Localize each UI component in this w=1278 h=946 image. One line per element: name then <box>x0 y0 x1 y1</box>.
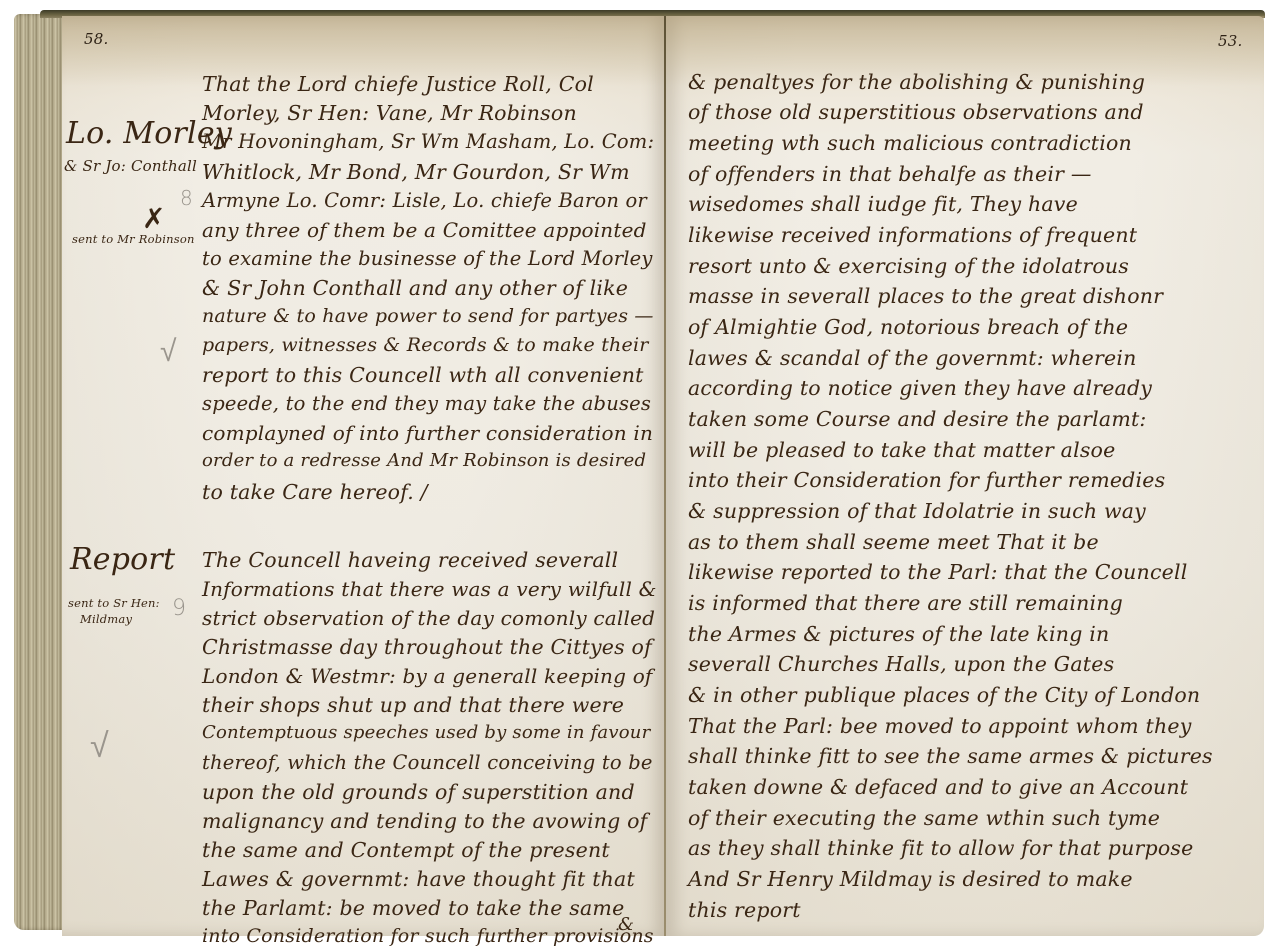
text-line: London & Westmr: by a generall keeping o… <box>202 666 653 686</box>
margin-note-mildmay-2: Mildmay <box>80 612 132 626</box>
text-line: Informations that there was a very wilfu… <box>202 579 657 599</box>
text-line: severall Churches Halls, upon the Gates <box>688 654 1114 675</box>
text-line: & penaltyes for the abolishing & punishi… <box>688 72 1145 93</box>
text-line: of offenders in that behalfe as their — <box>688 164 1092 185</box>
margin-sub-conthall: & Sr Jo: Conthall <box>64 157 197 175</box>
text-line: meeting wth such malicious contradiction <box>688 133 1132 154</box>
text-line: to examine the businesse of the Lord Mor… <box>202 249 653 269</box>
text-line: likewise reported to the Parl: that the … <box>688 562 1187 583</box>
text-line: & suppression of that Idolatrie in such … <box>688 501 1146 522</box>
text-line: the Armes & pictures of the late king in <box>688 624 1109 645</box>
text-line: of those old superstitious observations … <box>688 102 1144 123</box>
text-line: nature & to have power to send for party… <box>202 307 654 326</box>
margin-note-mildmay-1: sent to Sr Hen: <box>68 596 160 610</box>
text-line: will be pleased to take that matter also… <box>688 440 1115 461</box>
text-line: to take Care hereof. / <box>202 482 428 503</box>
text-line: Armyne Lo. Comr: Lisle, Lo. chiefe Baron… <box>202 191 647 211</box>
open-manuscript-volume: 58. Lo. Morley & Sr Jo: Conthall 8 ✗ sen… <box>0 0 1278 946</box>
margin-heading-report: Report <box>70 542 175 577</box>
page-number: 53. <box>1218 32 1242 50</box>
right-page: 53. & penaltyes for the abolishing & pun… <box>666 16 1264 936</box>
text-line: into Consideration for such further prov… <box>202 927 654 946</box>
page-edge-stack <box>14 14 68 930</box>
text-line: is informed that there are still remaini… <box>688 593 1123 614</box>
margin-note-robinson: sent to Mr Robinson <box>72 232 195 246</box>
text-line: complayned of into further consideration… <box>202 423 653 443</box>
text-line: as they shall thinke fit to allow for th… <box>688 838 1193 859</box>
text-line: the same and Contempt of the present <box>202 840 610 861</box>
text-line: malignancy and tending to the avowing of <box>202 811 647 832</box>
text-line: wisedomes shall iudge fit, They have <box>688 194 1078 215</box>
text-line: strict observation of the day comonly ca… <box>202 608 655 628</box>
text-line: resort unto & exercising of the idolatro… <box>688 256 1129 277</box>
pencil-mark: 9 <box>172 596 186 621</box>
text-line: any three of them be a Comittee appointe… <box>202 220 647 240</box>
text-line: That the Lord chiefe Justice Roll, Col <box>202 74 594 95</box>
text-line: of Almightie God, notorious breach of th… <box>688 317 1128 338</box>
text-line: Christmasse day throughout the Cittyes o… <box>202 637 652 658</box>
text-line: of their executing the same wthin such t… <box>688 808 1160 829</box>
text-line: shall thinke fitt to see the same armes … <box>688 746 1213 767</box>
text-line: as to them shall seeme meet That it be <box>688 532 1099 553</box>
text-line: taken downe & defaced and to give an Acc… <box>688 777 1188 798</box>
text-line: lawes & scandal of the governmt: wherein <box>688 348 1137 369</box>
text-line: thereof, which the Councell conceiving t… <box>202 753 653 773</box>
pencil-check-icon: √ <box>90 726 109 766</box>
text-line: Morley, Sr Hen: Vane, Mr Robinson <box>202 103 577 124</box>
text-line: That the Parl: bee moved to appoint whom… <box>688 716 1191 737</box>
text-line: The Councell haveing received severall <box>202 550 618 571</box>
text-line: report to this Councell wth all convenie… <box>202 365 644 386</box>
text-line: Contemptuous speeches used by some in fa… <box>202 724 650 742</box>
pencil-mark: 8 <box>180 186 193 210</box>
text-line: upon the old grounds of superstition and <box>202 782 635 803</box>
text-line: speede, to the end they may take the abu… <box>202 394 651 414</box>
text-line: this report <box>688 900 801 921</box>
text-line: taken some Course and desire the parlamt… <box>688 409 1147 430</box>
text-line: the Parlamt: be moved to take the same <box>202 898 624 919</box>
text-line: papers, witnesses & Records & to make th… <box>202 336 649 355</box>
text-line: according to notice given they have alre… <box>688 378 1152 399</box>
text-line: Mr Hovoningham, Sr Wm Masham, Lo. Com: <box>202 132 654 152</box>
text-line: And Sr Henry Mildmay is desired to make <box>688 869 1133 890</box>
text-line: their shops shut up and that there were <box>202 695 624 716</box>
text-line: & in other publique places of the City o… <box>688 685 1200 706</box>
text-line: Lawes & governmt: have thought fit that <box>202 869 635 890</box>
catchword: & <box>618 914 634 935</box>
text-line: masse in severall places to the great di… <box>688 286 1163 307</box>
pencil-check-icon: √ <box>160 334 177 369</box>
text-line: order to a redresse And Mr Robinson is d… <box>202 452 646 470</box>
text-line: Whitlock, Mr Bond, Mr Gourdon, Sr Wm <box>202 162 630 183</box>
cross-mark-icon: ✗ <box>142 202 166 235</box>
text-line: & Sr John Conthall and any other of like <box>202 278 628 299</box>
page-number: 58. <box>84 30 108 48</box>
text-line: likewise received informations of freque… <box>688 225 1137 246</box>
left-page: 58. Lo. Morley & Sr Jo: Conthall 8 ✗ sen… <box>62 16 666 936</box>
text-line: into their Consideration for further rem… <box>688 470 1165 491</box>
